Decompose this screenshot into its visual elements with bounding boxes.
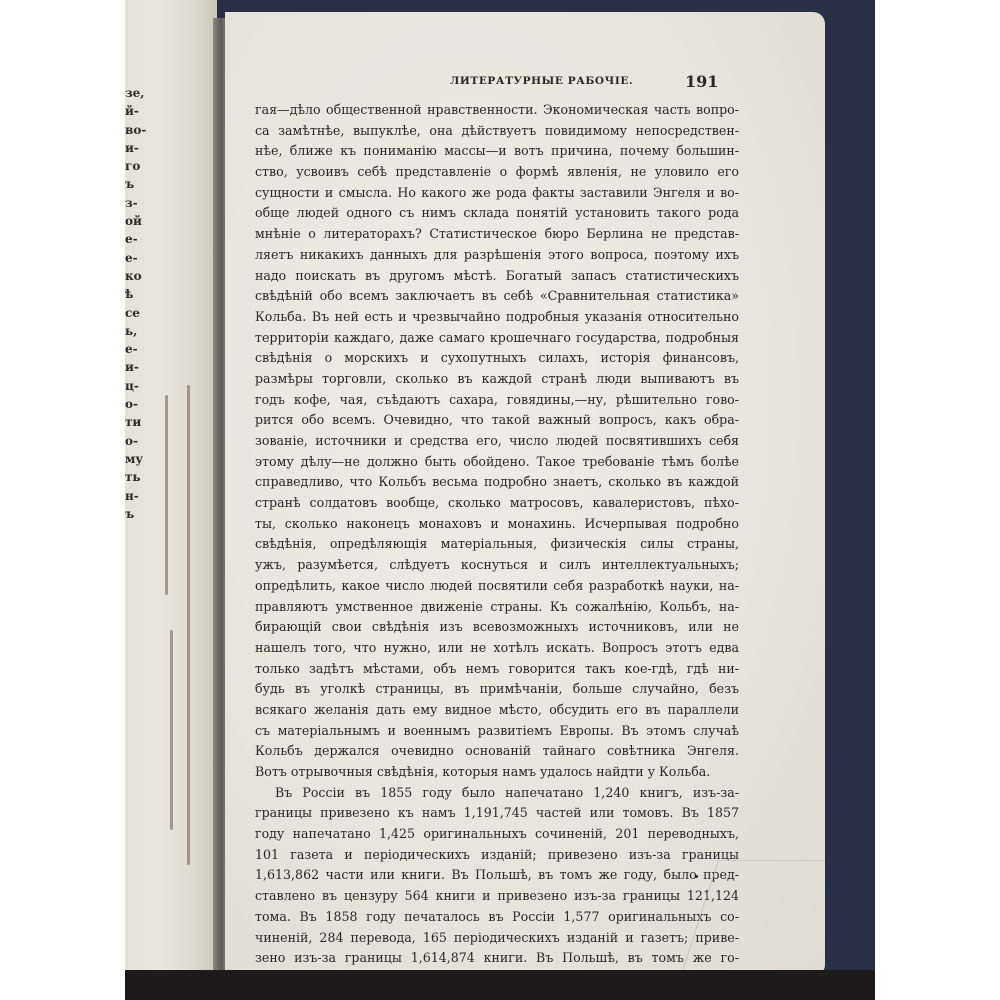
left-page-fragment: ти xyxy=(125,413,146,431)
left-page-fragment: ко xyxy=(125,267,146,285)
left-page-fragment: е- xyxy=(125,340,146,358)
text-line: гая—дѣло общественной нравственности. Эк… xyxy=(255,100,739,121)
pencil-mark xyxy=(165,395,168,595)
left-page-fragment: й- xyxy=(125,102,146,120)
left-page-fragment: и- xyxy=(125,139,146,157)
text-line: свѣдѣній обо всемъ заключаетъ въ себѣ «С… xyxy=(255,286,739,307)
text-line: опредѣлить, какое число людей посвятили … xyxy=(255,576,739,597)
text-line: году напечатано 1,425 оригинальныхъ сочи… xyxy=(255,824,739,845)
text-line: чиненій, 284 перевода, 165 періодических… xyxy=(255,928,739,949)
text-line: этому дѣлу—не должно быть обойдено. Тако… xyxy=(255,452,739,473)
text-line: свѣдѣнія, опредѣляющія матеріальныя, физ… xyxy=(255,534,739,555)
left-page-fragment: во- xyxy=(125,121,146,139)
book-photo: зе,й-во-и-гоъз-ойе-е-коѣсеь,е-и-ц-о-тио-… xyxy=(125,0,875,1000)
text-line: нашелъ того, что нужно, или не хотѣлъ ис… xyxy=(255,638,739,659)
left-page-fragment: е- xyxy=(125,249,146,267)
text-line: Кольба. Въ ней есть и чрезвычайно подроб… xyxy=(255,307,739,328)
text-line: рится обо всемъ. Очевидно, что такой важ… xyxy=(255,410,739,431)
text-line: всякаго желанія дать ему видное мѣсто, о… xyxy=(255,700,739,721)
left-page-fragment: е- xyxy=(125,230,146,248)
text-line: границы привезено къ намъ 1,191,745 част… xyxy=(255,803,739,824)
text-line: будь въ уголкѣ страницы, въ примѣчаніи, … xyxy=(255,679,739,700)
text-line: нѣе, ближе къ пониманію массы—и вотъ при… xyxy=(255,141,739,162)
left-page-fragment: зе, xyxy=(125,84,146,102)
running-title: ЛИТЕРАТУРНЫЕ РАБОЧІЕ. xyxy=(450,75,633,87)
text-line: бирающій свои свѣдѣнія изъ всевозможныхъ… xyxy=(255,617,739,638)
text-line: мнѣніе о литераторахъ? Статистическое бю… xyxy=(255,224,739,245)
left-page-fragment: з- xyxy=(125,194,146,212)
left-page-fragment: ѣ xyxy=(125,285,146,303)
left-page-fragment: ть xyxy=(125,468,146,486)
text-line: только задѣтъ мѣстами, объ немъ говоритс… xyxy=(255,659,739,680)
text-line: ство, усвоивъ себѣ представленіе о формѣ… xyxy=(255,162,739,183)
left-page-fragment: го xyxy=(125,157,146,175)
text-line: зованіе, источники и средства его, число… xyxy=(255,431,739,452)
text-line: сущности и смысла. Но какого же рода фак… xyxy=(255,183,739,204)
text-line: тома. Въ 1858 году печаталось въ Россіи … xyxy=(255,907,739,928)
left-page-fragment: ъ xyxy=(125,505,146,523)
text-line: ты, сколько наконецъ монаховъ и монахинь… xyxy=(255,514,739,535)
text-line: 1,613,862 части или книги. Въ Польшѣ, въ… xyxy=(255,865,739,886)
ink-dot xyxy=(695,875,698,878)
text-line: ставлено въ цензуру 564 книги и привезен… xyxy=(255,886,739,907)
left-page-text-fragments: зе,й-во-и-гоъз-ойе-е-коѣсеь,е-и-ц-о-тио-… xyxy=(125,84,146,523)
left-page-fragment: и- xyxy=(125,358,146,376)
text-line: справедливо, что Кольбъ весьма подробно … xyxy=(255,472,739,493)
text-line: са замѣтнѣе, выпуклѣе, она дѣйствуетъ по… xyxy=(255,121,739,142)
left-page-fragment: о- xyxy=(125,395,146,413)
left-page-fragment: му xyxy=(125,450,146,468)
left-page-fragment: ь, xyxy=(125,322,146,340)
left-page: зе,й-во-и-гоъз-ойе-е-коѣсеь,е-и-ц-о-тио-… xyxy=(125,0,217,975)
left-page-fragment: се xyxy=(125,304,146,322)
left-page-fragment: н- xyxy=(125,487,146,505)
text-line: странѣ солдатовъ вообще, сколько матросо… xyxy=(255,493,739,514)
running-head: ЛИТЕРАТУРНЫЕ РАБОЧІЕ. 191 xyxy=(225,72,825,92)
text-line: ужъ, разумѣется, слѣдуетъ коснуться и си… xyxy=(255,555,739,576)
pencil-mark xyxy=(170,630,173,830)
text-line: территоріи каждаго, даже самаго крошечна… xyxy=(255,328,739,349)
text-line: Кольбъ держался очевидно основаній тайна… xyxy=(255,741,739,762)
text-line: зено изъ-за границы 1,614,874 книги. Въ … xyxy=(255,948,739,969)
pencil-mark xyxy=(187,385,190,865)
right-page: ЛИТЕРАТУРНЫЕ РАБОЧІЕ. 191 гая—дѣло общес… xyxy=(225,12,825,975)
text-line: 101 газета и періодическихъ изданій; при… xyxy=(255,845,739,866)
text-line: свѣдѣнія о морскихъ и сухопутныхъ силахъ… xyxy=(255,348,739,369)
text-line: ляетъ никакихъ данныхъ для разрѣшенія эт… xyxy=(255,245,739,266)
page-number: 191 xyxy=(685,72,718,91)
text-line: годъ кофе, чая, съѣдаютъ сахара, говядин… xyxy=(255,390,739,411)
text-line: съ матеріальнымъ и военнымъ развитіемъ Е… xyxy=(255,721,739,742)
text-line: надо поискать въ другомъ мѣстѣ. Богатый … xyxy=(255,266,739,287)
text-line: правляютъ умственное движеніе страны. Къ… xyxy=(255,597,739,618)
left-page-fragment: ой xyxy=(125,212,146,230)
left-page-fragment: ц- xyxy=(125,377,146,395)
body-text: гая—дѣло общественной нравственности. Эк… xyxy=(255,100,739,969)
text-line: обще людей одного съ нимъ склада понятій… xyxy=(255,203,739,224)
text-line: размѣры торговли, сколько въ каждой стра… xyxy=(255,369,739,390)
text-line: Въ Россіи въ 1855 году было напечатано 1… xyxy=(255,783,739,804)
text-line: Вотъ отрывочныя свѣдѣнія, которыя намъ у… xyxy=(255,762,739,783)
left-page-fragment: ъ xyxy=(125,175,146,193)
left-page-fragment: о- xyxy=(125,432,146,450)
